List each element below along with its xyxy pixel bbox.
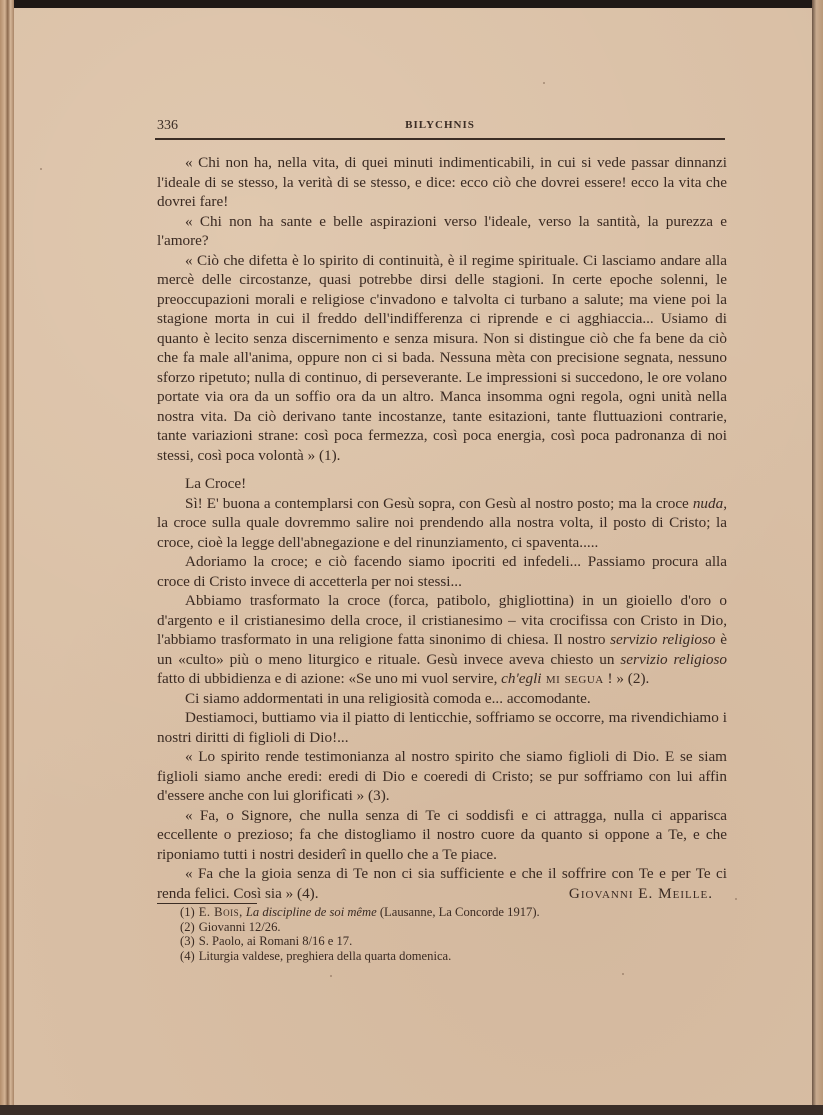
paper-speck <box>543 82 545 84</box>
text-run: Sì! E' buona a contemplarsi con Gesù sop… <box>185 495 693 512</box>
footnote-rule <box>157 903 257 904</box>
binding-edge <box>0 0 14 1115</box>
paragraph: « Fa che la gioia senza di Te non ci sia… <box>157 864 727 903</box>
paragraph-heading: La Croce! <box>157 474 727 494</box>
author-signature: Giovanni E. Meille. <box>541 884 713 904</box>
footnote-mark: (3) <box>180 934 195 948</box>
paper-speck <box>330 975 332 977</box>
text-run: fatto di ubbidienza e di azione: «Se uno… <box>157 670 501 687</box>
article-body: « Chi non ha, nella vita, di quei minuti… <box>157 153 727 903</box>
footnote-text: (Lausanne, La Concorde 1917). <box>377 905 540 919</box>
footnote-author: E. Bois, <box>199 905 243 919</box>
paragraph: « Chi non ha sante e belle aspirazioni v… <box>157 212 727 251</box>
paragraph: Destiamoci, buttiamo via il piatto di le… <box>157 708 727 747</box>
small-caps-run: mi segua <box>542 670 604 687</box>
paragraph: « Fa, o Signore, che nulla senza di Te c… <box>157 806 727 865</box>
footnote-text: Liturgia valdese, preghiera della quarta… <box>199 949 452 963</box>
text-run: ! » (2). <box>604 670 650 687</box>
paragraph: Ci siamo addormentati in una religiosità… <box>157 689 727 709</box>
next-page-edge <box>812 0 823 1115</box>
scan-bottom-edge <box>0 1105 823 1115</box>
footnote-3: (3)S. Paolo, ai Romani 8/16 e 17. <box>180 934 700 949</box>
header-rule <box>155 138 725 140</box>
footnote-mark: (2) <box>180 920 195 934</box>
paragraph: « Lo spirito rende testimonianza al nost… <box>157 747 727 806</box>
footnote-mark: (1) <box>180 905 195 919</box>
footnote-text: Giovanni 12/26. <box>199 920 281 934</box>
footnote-mark: (4) <box>180 949 195 963</box>
footnote-text: S. Paolo, ai Romani 8/16 e 17. <box>199 934 353 948</box>
footnote-4: (4)Liturgia valdese, preghiera della qua… <box>180 949 700 964</box>
paper-speck <box>622 973 624 975</box>
italic-run: servizio religioso <box>620 651 727 668</box>
paragraph: Abbiamo trasformato la croce (forca, pat… <box>157 591 727 689</box>
italic-run: nuda <box>693 495 723 512</box>
italic-run: servizio religioso <box>610 631 715 648</box>
paragraph: Sì! E' buona a contemplarsi con Gesù sop… <box>157 494 727 553</box>
paragraph: « Chi non ha, nella vita, di quei minuti… <box>157 153 727 212</box>
page-header: 336 BILYCHNIS <box>155 117 725 137</box>
paragraph: « Ciò che difetta è lo spirito di contin… <box>157 251 727 466</box>
footnote-1: (1)E. Bois, La discipline de soi même (L… <box>180 905 700 920</box>
italic-run: ch'egli <box>501 670 541 687</box>
paper-speck <box>735 898 737 900</box>
paragraph: Adoriamo la croce; e ciò facendo siamo i… <box>157 552 727 591</box>
footnote-2: (2)Giovanni 12/26. <box>180 920 700 935</box>
running-title: BILYCHNIS <box>155 119 725 131</box>
paper-speck <box>40 168 42 170</box>
footnote-title: La discipline de soi même <box>246 905 377 919</box>
footnotes: (1)E. Bois, La discipline de soi même (L… <box>180 905 700 963</box>
